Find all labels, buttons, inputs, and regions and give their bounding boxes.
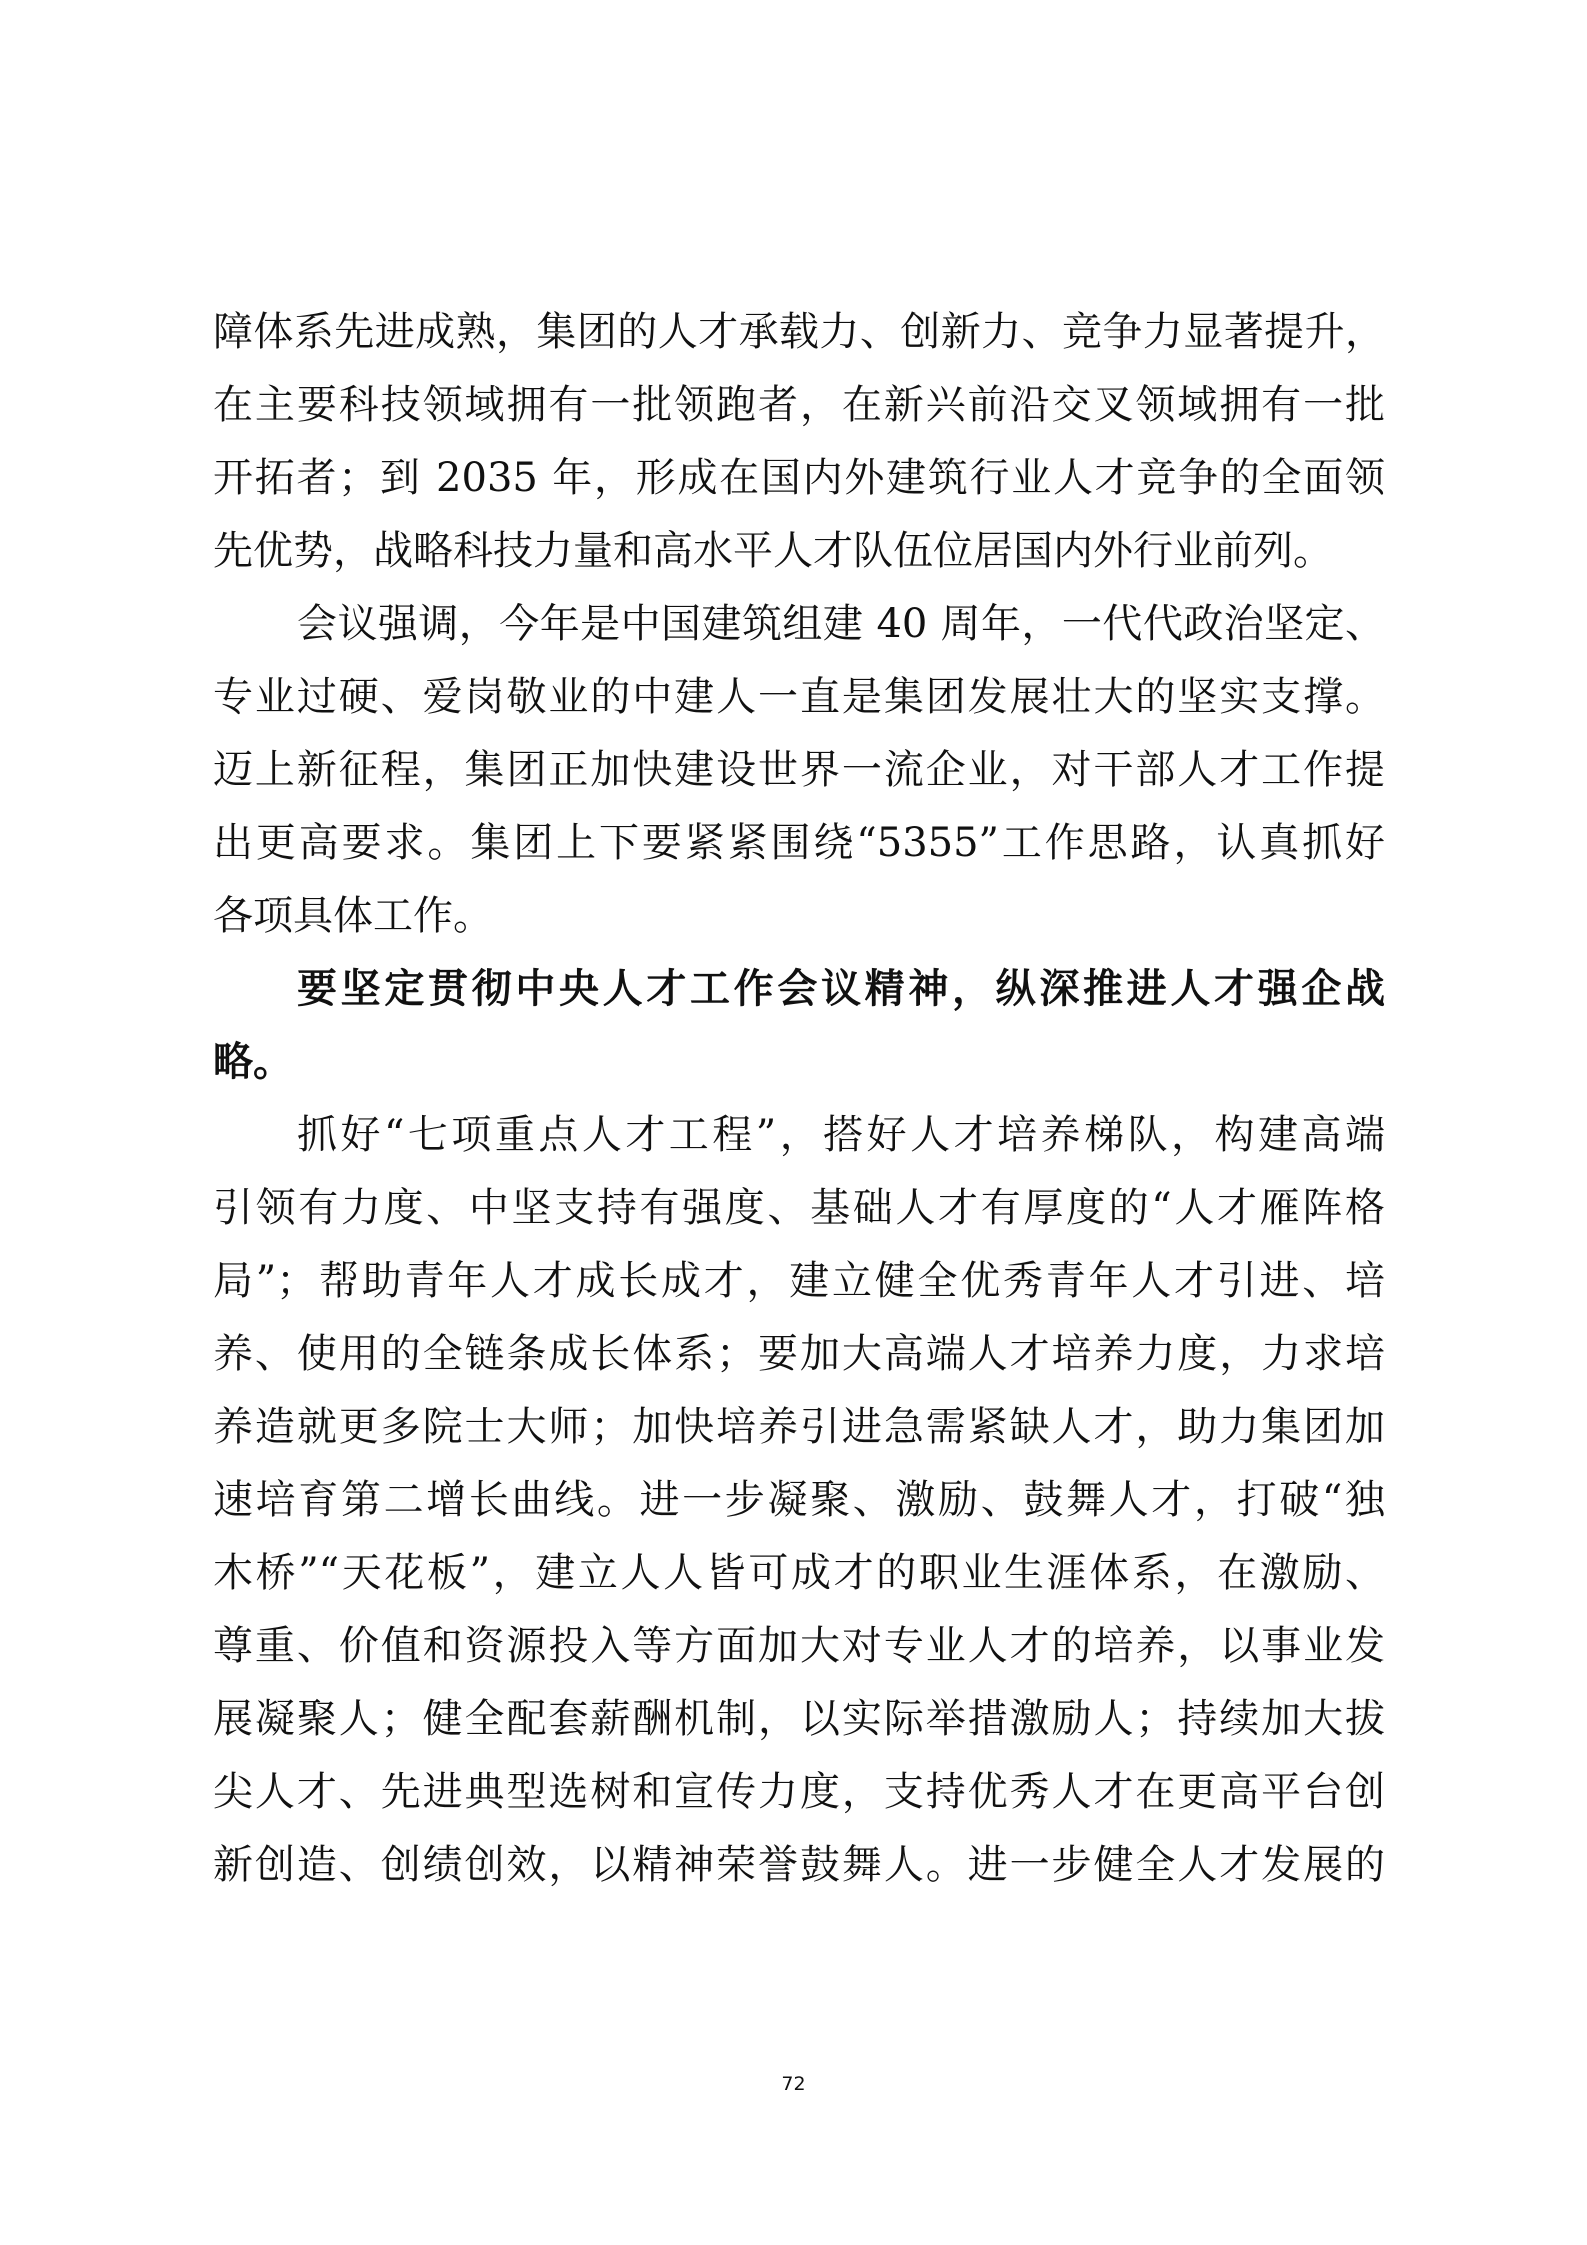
text-line: 会议强调，今年是中国建筑组建 40 周年，一代代政治坚定、 (213, 588, 1385, 661)
text-line: 展凝聚人；健全配套薪酬机制，以实际举措激励人；持续加大拔 (213, 1683, 1385, 1756)
text-line: 引领有力度、中坚支持有强度、基础人才有厚度的“人才雁阵格 (213, 1172, 1385, 1245)
text-line: 各项具体工作。 (213, 880, 1385, 953)
text-line: 速培育第二增长曲线。进一步凝聚、激励、鼓舞人才，打破“独 (213, 1464, 1385, 1537)
section-heading: 略。 (213, 1026, 1385, 1099)
text-line: 迈上新征程，集团正加快建设世界一流企业，对干部人才工作提 (213, 734, 1385, 807)
text-line: 出更高要求。集团上下要紧紧围绕“5355”工作思路，认真抓好 (213, 807, 1385, 880)
text-line: 木桥”“天花板”，建立人人皆可成才的职业生涯体系，在激励、 (213, 1537, 1385, 1610)
text-line: 养造就更多院士大师；加快培养引进急需紧缺人才，助力集团加 (213, 1391, 1385, 1464)
section-heading: 要坚定贯彻中央人才工作会议精神，纵深推进人才强企战 (213, 953, 1385, 1026)
document-page: 障体系先进成熟，集团的人才承载力、创新力、竞争力显著提升， 在主要科技领域拥有一… (0, 0, 1587, 2245)
text-line: 尖人才、先进典型选树和宣传力度，支持优秀人才在更高平台创 (213, 1756, 1385, 1829)
text-line: 尊重、价值和资源投入等方面加大对专业人才的培养，以事业发 (213, 1610, 1385, 1683)
text-line: 开拓者；到 2035 年，形成在国内外建筑行业人才竞争的全面领 (213, 442, 1385, 515)
text-line: 局”；帮助青年人才成长成才，建立健全优秀青年人才引进、培 (213, 1245, 1385, 1318)
text-line: 在主要科技领域拥有一批领跑者，在新兴前沿交叉领域拥有一批 (213, 369, 1385, 442)
text-line: 专业过硬、爱岗敬业的中建人一直是集团发展壮大的坚实支撑。 (213, 661, 1385, 734)
page-number: 72 (0, 2073, 1587, 2095)
body-text: 障体系先进成熟，集团的人才承载力、创新力、竞争力显著提升， 在主要科技领域拥有一… (213, 296, 1385, 1902)
text-line: 先优势，战略科技力量和高水平人才队伍位居国内外行业前列。 (213, 515, 1385, 588)
text-line: 养、使用的全链条成长体系；要加大高端人才培养力度，力求培 (213, 1318, 1385, 1391)
text-line: 抓好“七项重点人才工程”，搭好人才培养梯队，构建高端 (213, 1099, 1385, 1172)
text-line: 障体系先进成熟，集团的人才承载力、创新力、竞争力显著提升， (213, 296, 1385, 369)
text-line: 新创造、创绩创效，以精神荣誉鼓舞人。进一步健全人才发展的 (213, 1829, 1385, 1902)
